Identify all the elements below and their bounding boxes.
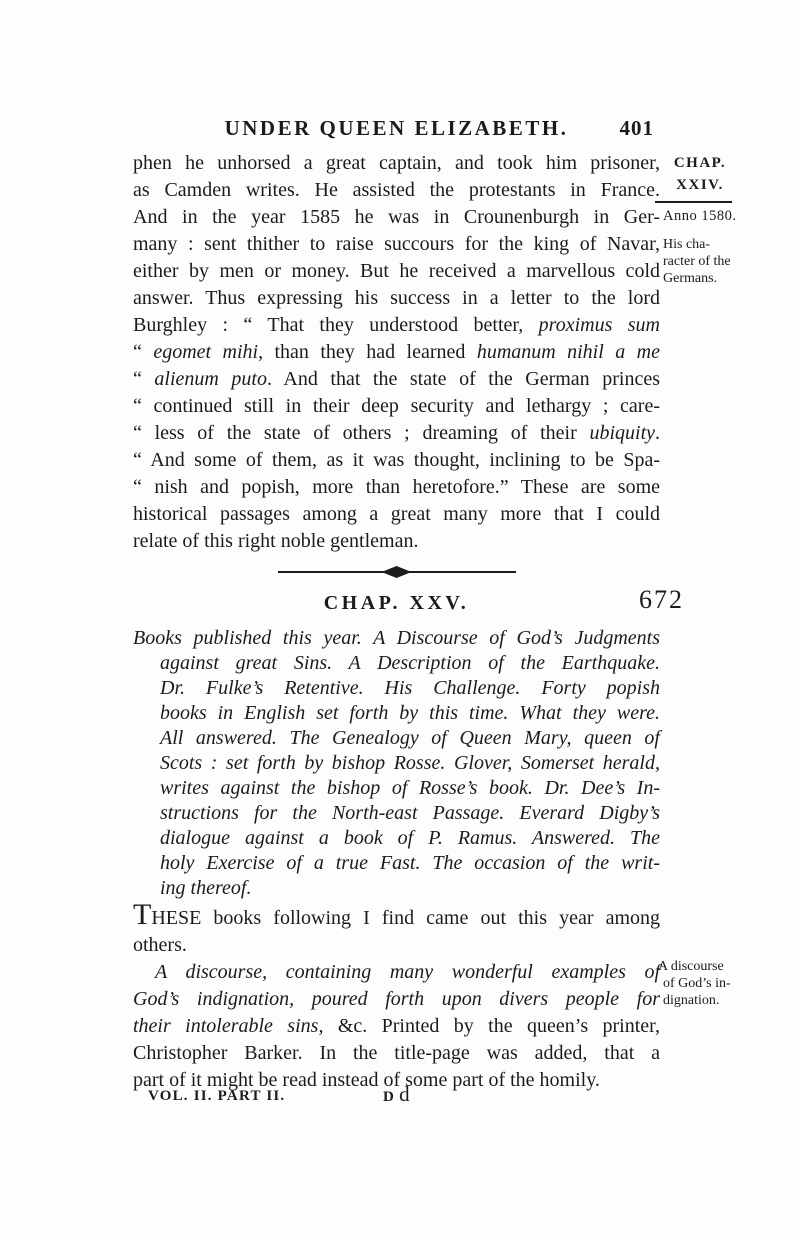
text-line: A discourse (658, 958, 763, 975)
divider-diamond-icon (382, 566, 412, 578)
text-line: Germans. (663, 270, 768, 287)
running-header: UNDER QUEEN ELIZABETH. (133, 116, 660, 141)
signature-mark: D d (383, 1082, 410, 1107)
paragraph-a-discourse: A discourse, containing many wonderful e… (133, 959, 660, 1094)
text-line: “ nish and popish, more than heretofore.… (133, 474, 660, 501)
text-line: CHAP. (664, 152, 736, 174)
text-line: others. (133, 932, 660, 959)
text-line: A discourse, containing many wonderful e… (133, 959, 660, 986)
text-line: “ continued still in their deep security… (133, 393, 660, 420)
section-divider-ornament (278, 565, 516, 579)
text-line: “ less of the state of others ; dreaming… (133, 420, 660, 447)
text-line: historical passages among a great many m… (133, 501, 660, 528)
margin-note-discourse: A discourseof God’s in-dignation. (658, 958, 763, 1009)
text-line: of God’s in- (658, 975, 763, 992)
margin-page-reference: 672 (639, 585, 684, 615)
text-line: answer. Thus expressing his success in a… (133, 285, 660, 312)
text-line: God’s indignation, poured forth upon div… (133, 986, 660, 1013)
text-line: Dr. Fulke’s Retentive. His Challenge. Fo… (133, 676, 660, 701)
text-line: either by men or money. But he received … (133, 258, 660, 285)
text-line: structions for the North-east Passage. E… (133, 801, 660, 826)
text-line: ing thereof. (133, 876, 660, 901)
text-line: against great Sins. A Description of the… (133, 651, 660, 676)
page-number: 401 (620, 116, 655, 141)
text-line: Scots : set forth by bishop Rosse. Glove… (133, 751, 660, 776)
chapter-heading: CHAP. XXV. (133, 591, 660, 616)
margin-note-chap-xxiv: CHAP.XXIV. (664, 152, 736, 196)
paragraph-camden: phen he unhorsed a great captain, and to… (133, 150, 660, 555)
text-line: “ And some of them, as it was thought, i… (133, 447, 660, 474)
paragraph-these-books: THESE books following I find came out th… (133, 905, 660, 959)
text-line: books in English set forth by this time.… (133, 701, 660, 726)
text-line: dialogue against a book of P. Ramus. Ans… (133, 826, 660, 851)
text-line: Burghley : “ That they understood better… (133, 312, 660, 339)
text-line: Christopher Barker. In the title-page wa… (133, 1040, 660, 1067)
volume-footer: VOL. II. PART II. (148, 1088, 285, 1105)
book-page: UNDER QUEEN ELIZABETH. 401 phen he unhor… (0, 0, 800, 1237)
main-text-column: phen he unhorsed a great captain, and to… (133, 150, 660, 1094)
text-line: relate of this right noble gentleman. (133, 528, 660, 555)
text-line: His cha- (663, 236, 768, 253)
text-line: All answered. The Genealogy of Queen Mar… (133, 726, 660, 751)
page-header: UNDER QUEEN ELIZABETH. 401 (133, 116, 660, 144)
text-line: “ alienum puto. And that the state of th… (133, 366, 660, 393)
text-line: as Camden writes. He assisted the protes… (133, 177, 660, 204)
margin-note-character: His cha-racter of theGermans. (663, 236, 768, 287)
margin-note-anno: Anno 1580. (663, 208, 736, 225)
text-line: racter of the (663, 253, 768, 270)
text-line: many : sent thither to raise succours fo… (133, 231, 660, 258)
text-line: holy Exercise of a true Fast. The occasi… (133, 851, 660, 876)
chapter-summary: Books published this year. A Discourse o… (133, 626, 660, 901)
text-line: And in the year 1585 he was in Crounenbu… (133, 204, 660, 231)
text-line: their intolerable sins, &c. Printed by t… (133, 1013, 660, 1040)
text-line: Books published this year. A Discourse o… (133, 626, 660, 651)
text-line: phen he unhorsed a great captain, and to… (133, 150, 660, 177)
text-line: dignation. (658, 992, 763, 1009)
text-line: XXIV. (664, 174, 736, 196)
text-line: “ egomet mihi, than they had learned hum… (133, 339, 660, 366)
text-line: writes against the bishop of Rosse’s boo… (133, 776, 660, 801)
margin-note-rule (655, 201, 732, 203)
text-line: THESE books following I find came out th… (133, 905, 660, 932)
